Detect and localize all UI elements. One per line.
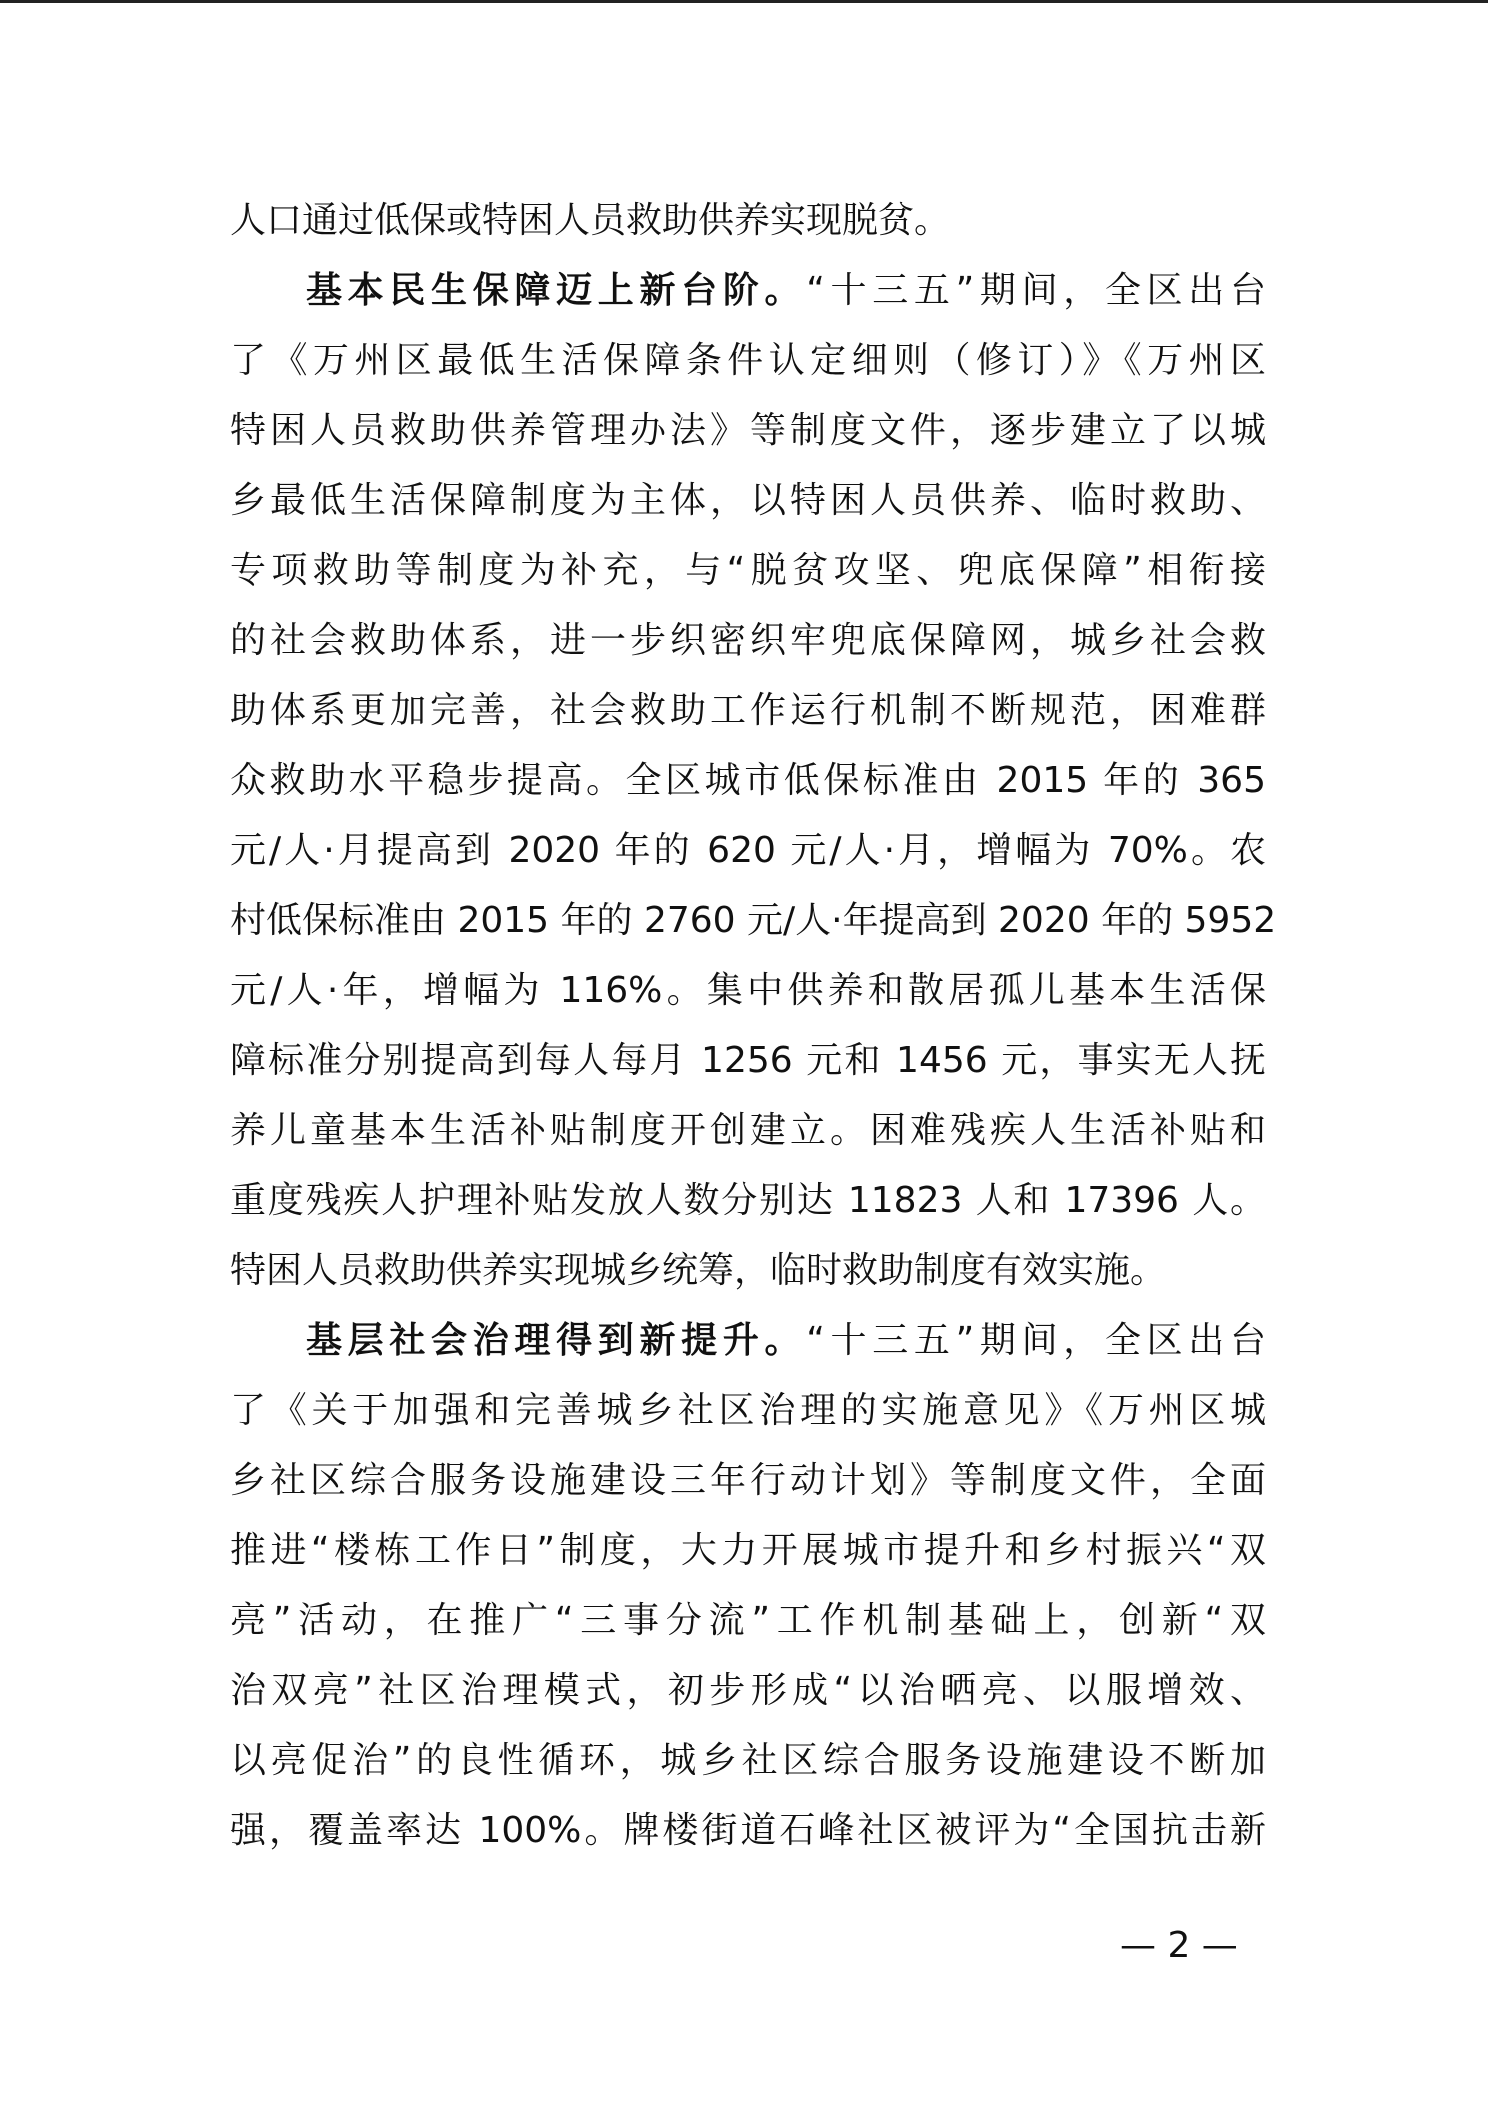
paragraph-heading: 基本民生保障迈上新台阶。 bbox=[306, 270, 806, 311]
text-line: 推进“楼栋工作日”制度，大力开展城市提升和乡村振兴“双 bbox=[230, 1516, 1266, 1586]
text-line: 了《万州区最低生活保障条件认定细则（修订）》《万州区 bbox=[230, 326, 1266, 396]
text-line: 养儿童基本生活补贴制度开创建立。困难残疾人生活补贴和 bbox=[230, 1096, 1266, 1166]
text-span: “十三五”期间，全区出台 bbox=[806, 1320, 1266, 1361]
text-line: 特困人员救助供养实现城乡统筹，临时救助制度有效实施。 bbox=[230, 1236, 1266, 1306]
paragraph-heading-line: 基本民生保障迈上新台阶。“十三五”期间，全区出台 bbox=[230, 256, 1266, 326]
text-line: 特困人员救助供养管理办法》等制度文件，逐步建立了以城 bbox=[230, 396, 1266, 466]
text-line: 村低保标准由 2015 年的 2760 元/人·年提高到 2020 年的 595… bbox=[230, 886, 1266, 956]
text-line: 元/人·年，增幅为 116%。集中供养和散居孤儿基本生活保 bbox=[230, 956, 1266, 1026]
text-line: 强，覆盖率达 100%。牌楼街道石峰社区被评为“全国抗击新 bbox=[230, 1796, 1266, 1866]
text-line: 亮”活动，在推广“三事分流”工作机制基础上，创新“双 bbox=[230, 1586, 1266, 1656]
text-line: 治双亮”社区治理模式，初步形成“以治晒亮、以服增效、 bbox=[230, 1656, 1266, 1726]
paragraph-heading-line: 基层社会治理得到新提升。“十三五”期间，全区出台 bbox=[230, 1306, 1266, 1376]
text-line: 重度残疾人护理补贴发放人数分别达 11823 人和 17396 人。 bbox=[230, 1166, 1266, 1236]
paragraph-heading: 基层社会治理得到新提升。 bbox=[306, 1320, 806, 1361]
text-line: 人口通过低保或特困人员救助供养实现脱贫。 bbox=[230, 186, 1266, 256]
page-top-border bbox=[0, 0, 1488, 3]
text-line: 助体系更加完善，社会救助工作运行机制不断规范，困难群 bbox=[230, 676, 1266, 746]
text-line: 众救助水平稳步提高。全区城市低保标准由 2015 年的 365 bbox=[230, 746, 1266, 816]
text-line: 障标准分别提高到每人每月 1256 元和 1456 元，事实无人抚 bbox=[230, 1026, 1266, 1096]
text-line: 专项救助等制度为补充，与“脱贫攻坚、兜底保障”相衔接 bbox=[230, 536, 1266, 606]
text-line: 元/人·月提高到 2020 年的 620 元/人·月，增幅为 70%。农 bbox=[230, 816, 1266, 886]
page-number: — 2 — bbox=[1120, 1925, 1238, 1966]
text-span: “十三五”期间，全区出台 bbox=[806, 270, 1266, 311]
text-line: 乡最低生活保障制度为主体，以特困人员供养、临时救助、 bbox=[230, 466, 1266, 536]
text-line: 的社会救助体系，进一步织密织牢兜底保障网，城乡社会救 bbox=[230, 606, 1266, 676]
text-line: 乡社区综合服务设施建设三年行动计划》等制度文件，全面 bbox=[230, 1446, 1266, 1516]
text-line: 了《关于加强和完善城乡社区治理的实施意见》《万州区城 bbox=[230, 1376, 1266, 1446]
text-line: 以亮促治”的良性循环，城乡社区综合服务设施建设不断加 bbox=[230, 1726, 1266, 1796]
document-page: 人口通过低保或特困人员救助供养实现脱贫。 基本民生保障迈上新台阶。“十三五”期间… bbox=[230, 186, 1266, 1866]
